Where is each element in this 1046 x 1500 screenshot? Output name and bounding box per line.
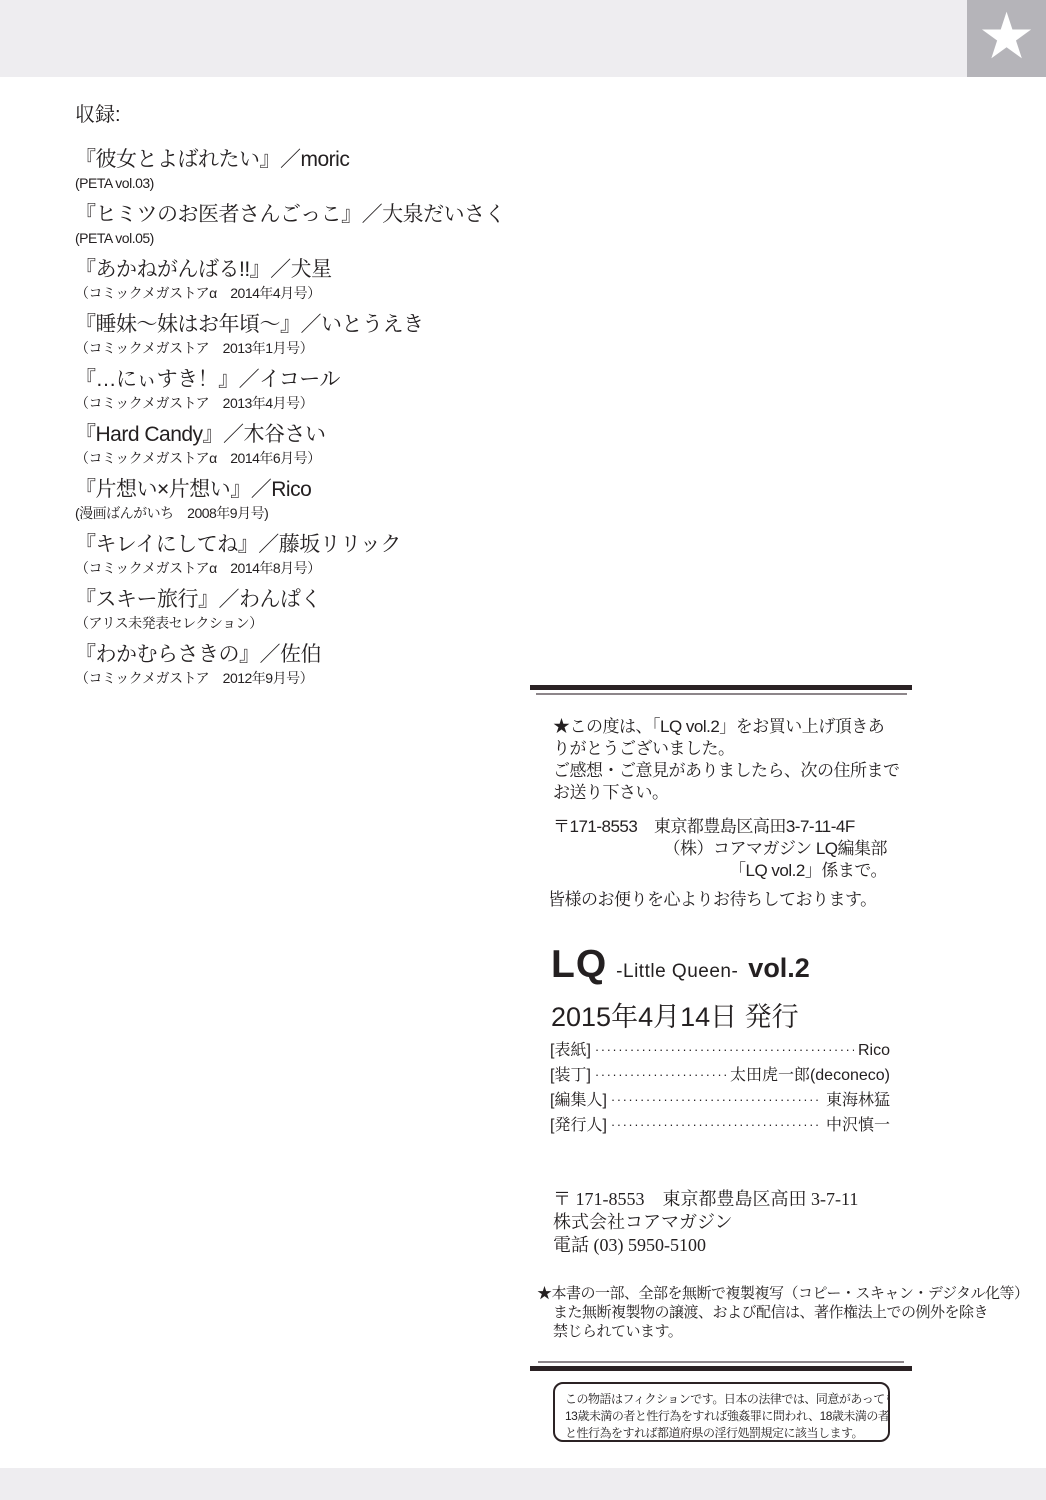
address-line: 〒171-8553 東京都豊島区高田3-7-11-4F bbox=[553, 816, 887, 838]
top-decoration-bar: ★ bbox=[0, 0, 1046, 77]
credit-value: 太田虎一郎(deconeco) bbox=[730, 1063, 890, 1088]
toc-entry: 『あかねがんばる!!』／犬星 （コミックメガストアα 2014年4月号） bbox=[75, 257, 525, 302]
story-title: 『キレイにしてね』／藤坂リリック bbox=[75, 532, 525, 557]
disclaimer-line: この物語はフィクションです。日本の法律では、同意があっても bbox=[565, 1391, 878, 1408]
letter-line: お送り下さい。 bbox=[553, 782, 923, 804]
publication-volume: vol.2 bbox=[748, 953, 810, 984]
story-source: （アリス未発表セレクション） bbox=[75, 615, 525, 632]
publisher-address: 〒 171-8553 東京都豊島区高田 3-7-11 bbox=[553, 1188, 858, 1211]
publisher-info: 〒 171-8553 東京都豊島区高田 3-7-11 株式会社コアマガジン 電話… bbox=[553, 1188, 858, 1257]
star-icon: ★ bbox=[978, 4, 1035, 68]
copyright-notice: ★本書の一部、全部を無断で複製複写（コピー・スキャン・デジタル化等） また無断複… bbox=[537, 1284, 1017, 1341]
divider-bottom bbox=[530, 1361, 912, 1371]
address-line: 「LQ vol.2」係まで。 bbox=[553, 860, 887, 882]
story-title: 『睡妹～妹はお年頃～』／いとうえき bbox=[75, 312, 525, 337]
copyright-line: ★本書の一部、全部を無断で複製複写（コピー・スキャン・デジタル化等） bbox=[537, 1284, 1017, 1303]
story-source: (PETA vol.03) bbox=[75, 175, 525, 192]
toc-heading: 収録: bbox=[75, 103, 525, 127]
table-of-contents: 収録: 『彼女とよばれたい』／moric (PETA vol.03) 『ヒミツの… bbox=[75, 103, 525, 687]
letter-line: ★この度は、「LQ vol.2」をお買い上げ頂きあ bbox=[553, 716, 923, 738]
story-source: （コミックメガストアα 2014年6月号） bbox=[75, 450, 525, 467]
story-title: 『彼女とよばれたい』／moric bbox=[75, 147, 525, 172]
publication-title: LQ -Little Queen- vol.2 bbox=[551, 943, 810, 987]
story-source: （コミックメガストア 2013年1月号） bbox=[75, 340, 525, 357]
story-source: (PETA vol.05) bbox=[75, 230, 525, 247]
publication-title-sub: -Little Queen- bbox=[616, 961, 738, 983]
credit-label: [装丁] bbox=[550, 1063, 591, 1088]
credit-row: [装丁] ···································… bbox=[550, 1063, 890, 1088]
credits-list: [表紙] ···································… bbox=[550, 1038, 890, 1138]
letter-line: ご感想・ご意見がありましたら、次の住所まで bbox=[553, 760, 923, 782]
credit-label: [発行人] bbox=[550, 1113, 607, 1138]
divider-thin-line bbox=[538, 1361, 904, 1363]
story-source: （コミックメガストアα 2014年8月号） bbox=[75, 560, 525, 577]
story-title: 『片想い×片想い』／Rico bbox=[75, 477, 525, 502]
credit-row: [編集人] ··································… bbox=[550, 1088, 890, 1113]
story-source: （コミックメガストア 2012年9月号） bbox=[75, 670, 525, 687]
story-title: 『ヒミツのお医者さんごっこ』／大泉だいさく bbox=[75, 202, 525, 227]
fiction-disclaimer-box: この物語はフィクションです。日本の法律では、同意があっても 13歳未満の者と性行… bbox=[553, 1382, 890, 1442]
dotted-leader: ········································… bbox=[611, 1112, 822, 1137]
reader-letter: ★この度は、「LQ vol.2」をお買い上げ頂きあ りがとうございました。 ご感… bbox=[553, 716, 923, 804]
divider-thick-line bbox=[530, 685, 912, 690]
star-tile: ★ bbox=[967, 0, 1046, 77]
toc-entry: 『…にぃすき！』／イコール （コミックメガストア 2013年4月号） bbox=[75, 367, 525, 412]
credit-row: [発行人] ··································… bbox=[550, 1113, 890, 1138]
story-title: 『あかねがんばる!!』／犬星 bbox=[75, 257, 525, 282]
credit-value: Rico bbox=[858, 1038, 890, 1063]
toc-entry: 『スキー旅行』／わんぱく （アリス未発表セレクション） bbox=[75, 587, 525, 632]
disclaimer-line: と性行為をすれば都道府県の淫行処罰規定に該当します。 bbox=[565, 1425, 878, 1442]
credit-value: 東海林猛 bbox=[826, 1088, 890, 1113]
dotted-leader: ········································… bbox=[611, 1087, 822, 1112]
copyright-line: 禁じられています。 bbox=[537, 1322, 1017, 1341]
toc-entry: 『キレイにしてね』／藤坂リリック （コミックメガストアα 2014年8月号） bbox=[75, 532, 525, 577]
divider-thick-line bbox=[530, 1366, 912, 1371]
story-title: 『Hard Candy』／木谷さい bbox=[75, 422, 525, 447]
story-title: 『スキー旅行』／わんぱく bbox=[75, 587, 525, 612]
credit-label: [編集人] bbox=[550, 1088, 607, 1113]
publication-date: 2015年4月14日 発行 bbox=[551, 995, 799, 1034]
story-source: （コミックメガストア 2013年4月号） bbox=[75, 395, 525, 412]
toc-entry: 『彼女とよばれたい』／moric (PETA vol.03) bbox=[75, 147, 525, 192]
letter-line: りがとうございました。 bbox=[553, 738, 923, 760]
credit-row: [表紙] ···································… bbox=[550, 1038, 890, 1063]
toc-entry: 『睡妹～妹はお年頃～』／いとうえき （コミックメガストア 2013年1月号） bbox=[75, 312, 525, 357]
toc-entry: 『片想い×片想い』／Rico (漫画ばんがいち 2008年9月号) bbox=[75, 477, 525, 522]
story-title: 『…にぃすき！』／イコール bbox=[75, 367, 525, 392]
divider-thin-line bbox=[536, 693, 907, 695]
toc-entry: 『わかむらさきの』／佐伯 （コミックメガストア 2012年9月号） bbox=[75, 642, 525, 687]
bottom-decoration-bar bbox=[0, 1468, 1046, 1500]
editorial-address: 〒171-8553 東京都豊島区高田3-7-11-4F （株）コアマガジン LQ… bbox=[553, 816, 887, 882]
publisher-name: 株式会社コアマガジン bbox=[553, 1211, 858, 1234]
story-title: 『わかむらさきの』／佐伯 bbox=[75, 642, 525, 667]
toc-entry: 『Hard Candy』／木谷さい （コミックメガストアα 2014年6月号） bbox=[75, 422, 525, 467]
toc-entry: 『ヒミツのお医者さんごっこ』／大泉だいさく (PETA vol.05) bbox=[75, 202, 525, 247]
copyright-line: また無断複製物の譲渡、および配信は、著作権法上での例外を除き bbox=[537, 1303, 1017, 1322]
story-source: (漫画ばんがいち 2008年9月号) bbox=[75, 505, 525, 522]
colophon-page: ★ 収録: 『彼女とよばれたい』／moric (PETA vol.03) 『ヒミ… bbox=[0, 0, 1046, 1500]
story-source: （コミックメガストアα 2014年4月号） bbox=[75, 285, 525, 302]
address-line: （株）コアマガジン LQ編集部 bbox=[553, 838, 887, 860]
credit-label: [表紙] bbox=[550, 1038, 591, 1063]
credit-value: 中沢慎一 bbox=[826, 1113, 890, 1138]
disclaimer-line: 13歳未満の者と性行為をすれば強姦罪に問われ、18歳未満の者 bbox=[565, 1408, 878, 1425]
dotted-leader: ········································… bbox=[595, 1037, 854, 1062]
publication-title-main: LQ bbox=[551, 943, 607, 987]
divider-top bbox=[530, 685, 912, 695]
letter-closing: 皆様のお便りを心よりお待ちしております。 bbox=[548, 885, 877, 910]
dotted-leader: ········································… bbox=[595, 1062, 726, 1087]
publisher-phone: 電話 (03) 5950-5100 bbox=[553, 1234, 858, 1257]
